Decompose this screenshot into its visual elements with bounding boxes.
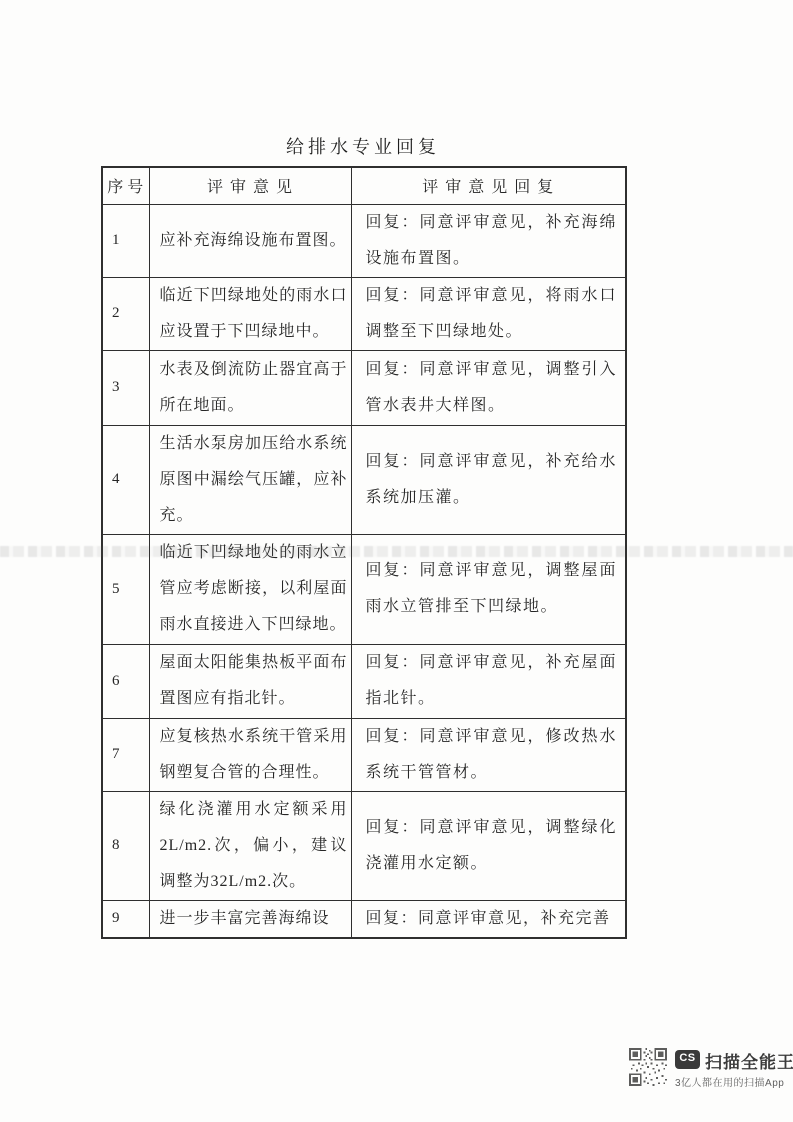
opinion-cell: 应复核热水系统干管采用钢塑复合管的合理性。: [149, 718, 351, 791]
app-tagline: 3亿人都在用的扫描App: [675, 1074, 784, 1089]
camscanner-logo-icon: CS: [675, 1050, 700, 1069]
table-row: 7 应复核热水系统干管采用钢塑复合管的合理性。 回复：同意评审意见，修改热水系统…: [102, 718, 626, 791]
reply-cell: 回复：同意评审意见，调整屋面雨水立管排至下凹绿地。: [351, 534, 626, 644]
opinion-cell: 临近下凹绿地处的雨水立管应考虑断接，以利屋面雨水直接进入下凹绿地。: [149, 534, 351, 644]
review-table: 序号 评审意见 评审意见回复 1 应补充海绵设施布置图。 回复：同意评审意见，补…: [101, 166, 627, 939]
row-number-cell: 8: [102, 791, 149, 900]
page-title: 给排水专业回复: [101, 133, 625, 159]
row-number-cell: 3: [102, 350, 149, 425]
col-header-reply: 评审意见回复: [351, 167, 626, 204]
row-number-cell: 1: [102, 204, 149, 277]
table-row: 6 屋面太阳能集热板平面布置图应有指北针。 回复：同意评审意见，补充屋面指北针。: [102, 644, 626, 718]
row-number-cell: 9: [102, 900, 149, 938]
opinion-cell: 生活水泵房加压给水系统原图中漏绘气压罐，应补充。: [149, 425, 351, 534]
row-number-cell: 7: [102, 718, 149, 791]
reply-cell: 回复：同意评审意见，补充屋面指北针。: [351, 644, 626, 718]
table-row: 4 生活水泵房加压给水系统原图中漏绘气压罐，应补充。 回复：同意评审意见，补充给…: [102, 425, 626, 534]
table-row: 1 应补充海绵设施布置图。 回复：同意评审意见，补充海绵设施布置图。: [102, 204, 626, 277]
opinion-cell: 水表及倒流防止器宜高于所在地面。: [149, 350, 351, 425]
opinion-cell: 屋面太阳能集热板平面布置图应有指北针。: [149, 644, 351, 718]
opinion-cell: 临近下凹绿地处的雨水口应设置于下凹绿地中。: [149, 277, 351, 350]
col-header-no: 序号: [102, 167, 149, 204]
reply-cell: 回复：同意评审意见，补充海绵设施布置图。: [351, 204, 626, 277]
row-number-cell: 6: [102, 644, 149, 718]
reply-cell: 回复：同意评审意见，调整引入管水表井大样图。: [351, 350, 626, 425]
table-row: 5 临近下凹绿地处的雨水立管应考虑断接，以利屋面雨水直接进入下凹绿地。 回复：同…: [102, 534, 626, 644]
opinion-cell: 进一步丰富完善海绵设: [149, 900, 351, 938]
camscanner-watermark: CS 扫描全能王 3亿人都在用的扫描App: [629, 1046, 785, 1090]
col-header-opinion: 评审意见: [149, 167, 351, 204]
reply-cell: 回复：同意评审意见，补充完善: [351, 900, 626, 938]
opinion-cell: 应补充海绵设施布置图。: [149, 204, 351, 277]
row-number-cell: 5: [102, 534, 149, 644]
qr-code-icon: [629, 1048, 667, 1086]
row-number-cell: 4: [102, 425, 149, 534]
reply-cell: 回复：同意评审意见，补充给水系统加压灌。: [351, 425, 626, 534]
reply-cell: 回复：同意评审意见，修改热水系统干管管材。: [351, 718, 626, 791]
table-row: 2 临近下凹绿地处的雨水口应设置于下凹绿地中。 回复：同意评审意见，将雨水口调整…: [102, 277, 626, 350]
opinion-cell: 绿化浇灌用水定额采用2L/m2.次，偏小，建议调整为32L/m2.次。: [149, 791, 351, 900]
reply-cell: 回复：同意评审意见，调整绿化浇灌用水定额。: [351, 791, 626, 900]
row-number-cell: 2: [102, 277, 149, 350]
reply-cell: 回复：同意评审意见，将雨水口调整至下凹绿地处。: [351, 277, 626, 350]
table-row: 8 绿化浇灌用水定额采用2L/m2.次，偏小，建议调整为32L/m2.次。 回复…: [102, 791, 626, 900]
table-row: 3 水表及倒流防止器宜高于所在地面。 回复：同意评审意见，调整引入管水表井大样图…: [102, 350, 626, 425]
scanned-page: 给排水专业回复 序号 评审意见 评审意见回复 1 应补充海绵设施布置图。 回复：…: [0, 0, 793, 1122]
table-header-row: 序号 评审意见 评审意见回复: [102, 167, 626, 204]
app-name: 扫描全能王: [705, 1048, 793, 1073]
table-row: 9 进一步丰富完善海绵设 回复：同意评审意见，补充完善: [102, 900, 626, 938]
